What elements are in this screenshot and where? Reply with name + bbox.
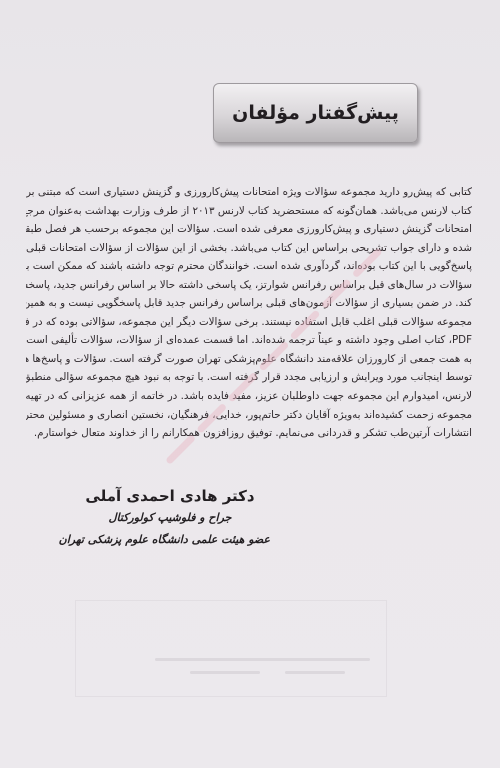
paragraph-line: PDF، کتاب اصلی وجود داشته و عیناً ترجمه … (26, 331, 472, 350)
bleed-through-text (190, 671, 260, 674)
paragraph-line: کتابی که پیش‌رو دارید مجموعه سؤالات ویژه… (26, 183, 472, 202)
paragraph-line: کند. در ضمن بسیاری از سؤالات آزمون‌های ق… (26, 294, 472, 313)
bleed-through-text (155, 658, 370, 661)
paragraph-line: به همت جمعی از کارورزان علاقه‌مند دانشگا… (26, 350, 472, 369)
author-signature: دکتر هادی احمدی آملی جراح و فلوشیپ کولور… (70, 485, 270, 551)
book-page: پیش‌گفتار مؤلفان کتابی که پیش‌رو دارید م… (0, 0, 500, 768)
heading-box: پیش‌گفتار مؤلفان (213, 83, 418, 143)
paragraph-line: سؤالات در سال‌های قبل براساس رفرانس شوار… (26, 276, 472, 295)
paragraph-line: امتحانات گزینش دستیاری و پیش‌کارورزی معر… (26, 220, 472, 239)
page-heading: پیش‌گفتار مؤلفان (232, 102, 399, 124)
author-name: دکتر هادی احمدی آملی (70, 485, 270, 507)
paragraph-line: انتشارات آرتین‌طب تشکر و قدردانی می‌نمای… (26, 424, 472, 443)
paragraph-line: کتاب لارنس می‌باشد. همان‌گونه که مستحضری… (26, 202, 472, 221)
bleed-through-box (75, 600, 387, 697)
preface-paragraph: کتابی که پیش‌رو دارید مجموعه سؤالات ویژه… (26, 183, 472, 443)
bleed-through-text (285, 671, 345, 674)
paragraph-line: شده و دارای جواب تشریحی براساس این کتاب … (26, 239, 472, 258)
paragraph-line: مجموعه سؤالات قبلی اغلب قابل استفاده نیس… (26, 313, 472, 332)
paragraph-line: توسط اینجانب مورد ویرایش و ارزیابی مجدد … (26, 368, 472, 387)
author-role: جراح و فلوشیپ کولورکتال (70, 507, 270, 529)
paragraph-line: پاسخ‌گویی با این کتاب بوده‌اند، گردآوری … (26, 257, 472, 276)
author-affiliation: عضو هیئت علمی دانشگاه علوم پزشکی تهران (70, 529, 270, 551)
paragraph-line: مجموعه زحمت کشیده‌اند به‌ویژه آقایان دکت… (26, 406, 472, 425)
paragraph-line: لارنس، امیدوارم این مجموعه جهت داوطلبان … (26, 387, 472, 406)
